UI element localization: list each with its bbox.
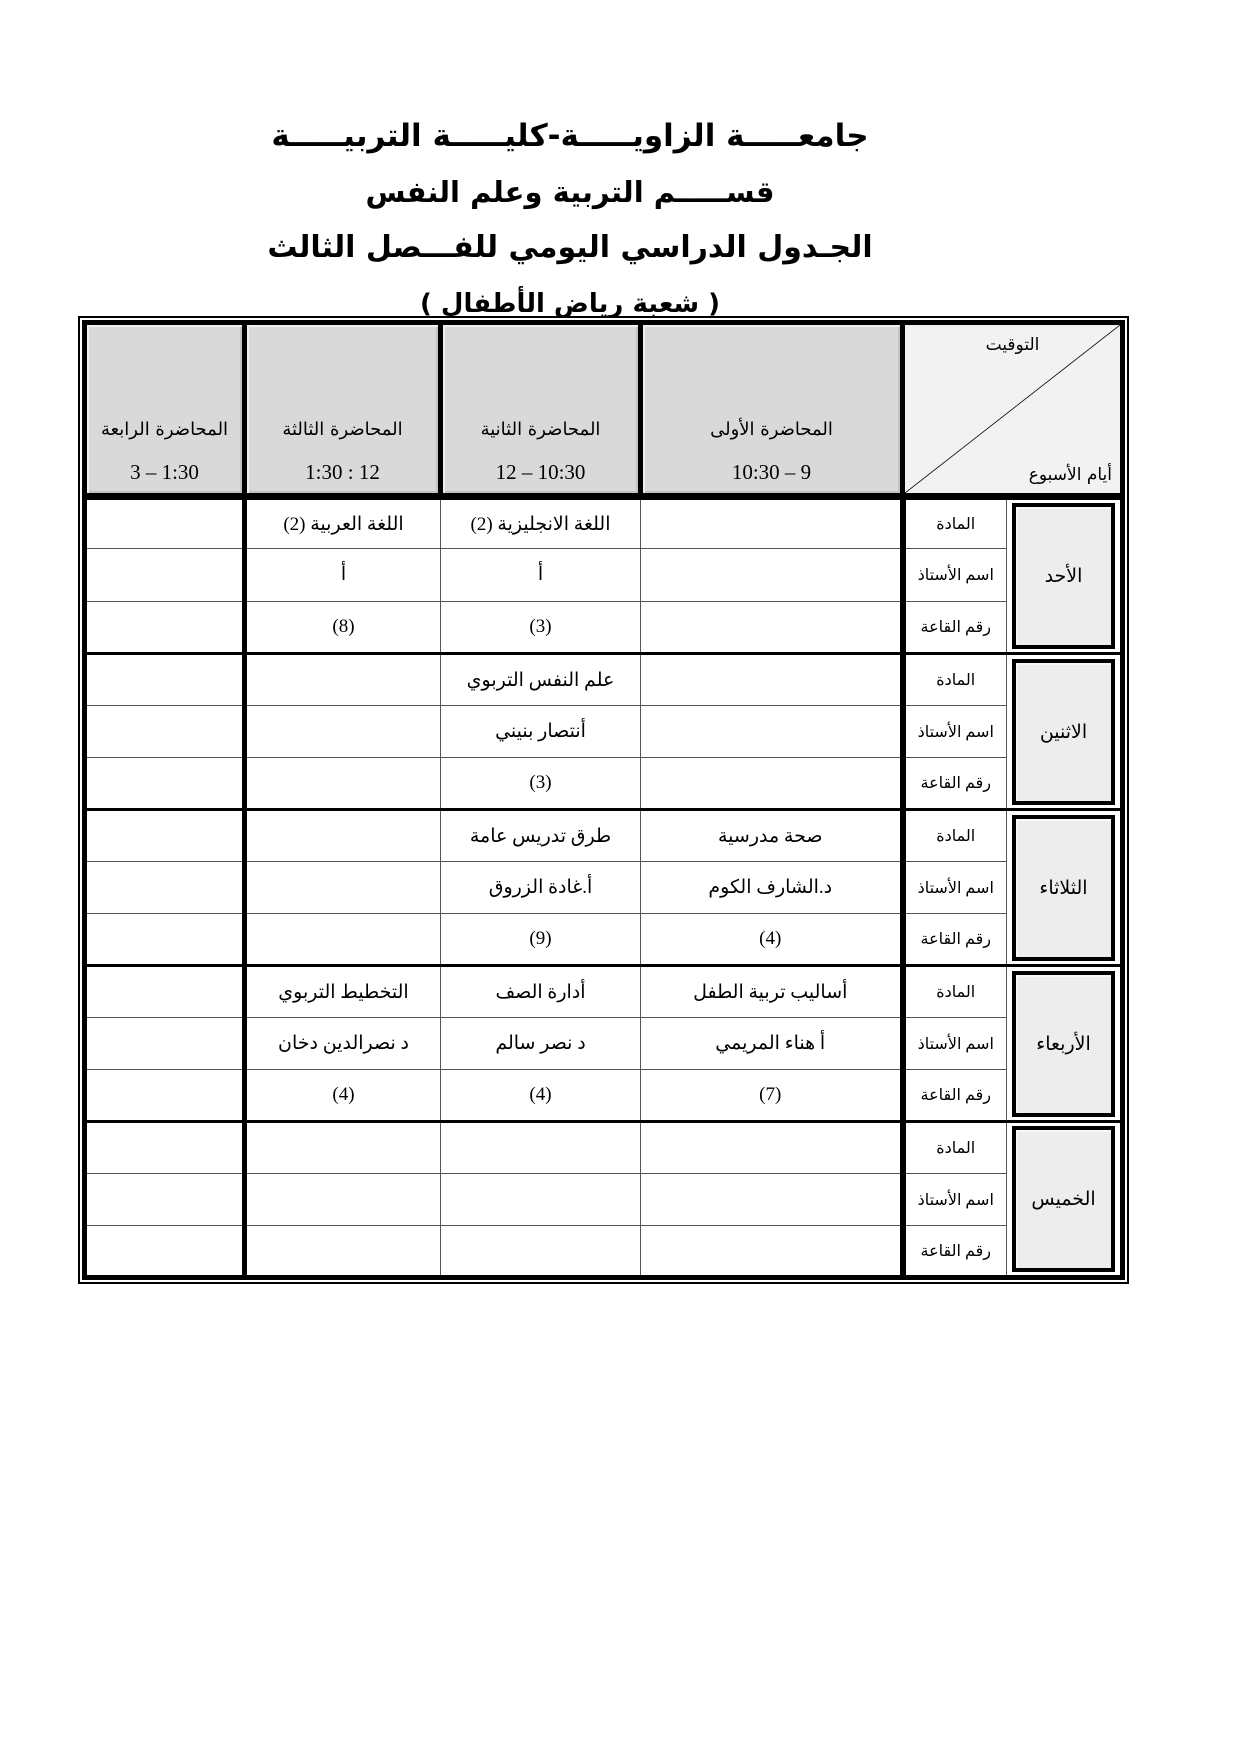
corner-cell: التوقيت أيام الأسبوع (903, 323, 1123, 497)
subject-cell: اللغة العربية (2) (245, 497, 441, 549)
day-label: الأحد (1045, 565, 1083, 587)
row-label-teacher: اسم الأستاذ (903, 1018, 1007, 1070)
room-cell: (9) (441, 914, 641, 966)
table-row: رقم القاعة (7) (4) (4) (85, 1070, 1123, 1122)
row-label-subject: المادة (903, 497, 1007, 549)
row-label-teacher: اسم الأستاذ (903, 862, 1007, 914)
header-row: التوقيت أيام الأسبوع المحاضرة الأولى 10:… (85, 323, 1123, 497)
lecture-1-time: 10:30 – 9 (732, 460, 811, 485)
subject-cell (441, 1122, 641, 1174)
schedule-table: التوقيت أيام الأسبوع المحاضرة الأولى 10:… (82, 320, 1125, 1280)
row-label-teacher: اسم الأستاذ (903, 549, 1007, 601)
lecture-header-1-inner: المحاضرة الأولى 10:30 – 9 (643, 325, 900, 493)
subject-cell (85, 810, 245, 862)
teacher-cell: د.الشارف الكوم (641, 862, 903, 914)
teacher-cell: أ.غادة الزروق (441, 862, 641, 914)
room-cell: (4) (245, 1070, 441, 1122)
teacher-cell: أ (441, 549, 641, 601)
lecture-2-name: المحاضرة الثانية (481, 419, 601, 440)
room-cell: (4) (441, 1070, 641, 1122)
room-cell (245, 758, 441, 810)
teacher-cell (85, 1018, 245, 1070)
table-row: اسم الأستاذ د.الشارف الكوم أ.غادة الزروق (85, 862, 1123, 914)
day-box: الأحد (1012, 503, 1115, 649)
subject-cell: أساليب تربية الطفل (641, 966, 903, 1018)
table-row: الاثنين المادة علم النفس التربوي (85, 654, 1123, 706)
day-cell-thursday: الخميس (1007, 1122, 1123, 1278)
subject-cell: طرق تدريس عامة (441, 810, 641, 862)
table-row: اسم الأستاذ (85, 1174, 1123, 1226)
teacher-cell: أ هناء المريمي (641, 1018, 903, 1070)
row-label-subject: المادة (903, 654, 1007, 706)
room-cell (641, 758, 903, 810)
day-box: الخميس (1012, 1126, 1115, 1272)
title-block: جامعـــــة الزاويـــــة-كليـــــة التربي… (70, 108, 1070, 332)
subject-cell (245, 654, 441, 706)
lecture-1-name: المحاضرة الأولى (710, 419, 833, 440)
table-row: اسم الأستاذ أنتصار بنيني (85, 706, 1123, 758)
room-cell (85, 914, 245, 966)
row-label-teacher: اسم الأستاذ (903, 706, 1007, 758)
day-cell-wednesday: الأربعاء (1007, 966, 1123, 1122)
title-university: جامعـــــة الزاويـــــة-كليـــــة التربي… (70, 108, 1070, 164)
lecture-header-3: المحاضرة الثالثة 1:30 : 12 (245, 323, 441, 497)
day-label: الخميس (1031, 1188, 1095, 1210)
subject-cell: اللغة الانجليزية (2) (441, 497, 641, 549)
table-row: رقم القاعة (85, 1226, 1123, 1278)
subject-cell: علم النفس التربوي (441, 654, 641, 706)
lecture-4-name: المحاضرة الرابعة (101, 419, 228, 440)
schedule-table-frame: التوقيت أيام الأسبوع المحاضرة الأولى 10:… (78, 316, 1129, 1284)
teacher-cell (85, 706, 245, 758)
lecture-header-3-inner: المحاضرة الثالثة 1:30 : 12 (247, 325, 438, 493)
table-row: رقم القاعة (3) (8) (85, 601, 1123, 653)
room-cell: (7) (641, 1070, 903, 1122)
teacher-cell: أنتصار بنيني (441, 706, 641, 758)
room-cell (245, 1226, 441, 1278)
page: جامعـــــة الزاويـــــة-كليـــــة التربي… (0, 0, 1241, 1754)
day-box: الثلاثاء (1012, 815, 1115, 961)
teacher-cell: د نصرالدين دخان (245, 1018, 441, 1070)
room-cell (85, 758, 245, 810)
teacher-cell: د نصر سالم (441, 1018, 641, 1070)
row-label-subject: المادة (903, 1122, 1007, 1174)
teacher-cell (641, 1174, 903, 1226)
teacher-cell (245, 706, 441, 758)
teacher-cell (245, 862, 441, 914)
table-row: الأربعاء المادة أساليب تربية الطفل أدارة… (85, 966, 1123, 1018)
lecture-header-2: المحاضرة الثانية 12 – 10:30 (441, 323, 641, 497)
room-cell: (8) (245, 601, 441, 653)
day-cell-tuesday: الثلاثاء (1007, 810, 1123, 966)
lecture-2-time: 12 – 10:30 (496, 460, 586, 485)
row-label-teacher: اسم الأستاذ (903, 1174, 1007, 1226)
room-cell (85, 601, 245, 653)
subject-cell: أدارة الصف (441, 966, 641, 1018)
row-label-room: رقم القاعة (903, 914, 1007, 966)
week-days-label: أيام الأسبوع (1029, 465, 1112, 485)
day-label: الثلاثاء (1039, 877, 1087, 899)
day-label: الأربعاء (1036, 1033, 1090, 1055)
lecture-3-name: المحاضرة الثالثة (282, 419, 402, 440)
day-cell-monday: الاثنين (1007, 654, 1123, 810)
lecture-header-1: المحاضرة الأولى 10:30 – 9 (641, 323, 903, 497)
teacher-cell (441, 1174, 641, 1226)
room-cell: (3) (441, 601, 641, 653)
room-cell (245, 914, 441, 966)
day-box: الاثنين (1012, 659, 1115, 805)
subject-cell (85, 654, 245, 706)
row-label-room: رقم القاعة (903, 1226, 1007, 1278)
lecture-4-time: 3 – 1:30 (130, 460, 199, 485)
teacher-cell (245, 1174, 441, 1226)
corner-inner: التوقيت أيام الأسبوع (905, 325, 1120, 493)
day-label: الاثنين (1040, 721, 1087, 743)
table-row: اسم الأستاذ أ هناء المريمي د نصر سالم د … (85, 1018, 1123, 1070)
subject-cell (85, 966, 245, 1018)
room-cell (85, 1226, 245, 1278)
table-row: رقم القاعة (3) (85, 758, 1123, 810)
room-cell: (3) (441, 758, 641, 810)
teacher-cell: أ (245, 549, 441, 601)
subject-cell (641, 1122, 903, 1174)
row-label-subject: المادة (903, 810, 1007, 862)
subject-cell (641, 654, 903, 706)
day-cell-sunday: الأحد (1007, 497, 1123, 654)
teacher-cell (641, 549, 903, 601)
row-label-room: رقم القاعة (903, 1070, 1007, 1122)
teacher-cell (85, 549, 245, 601)
subject-cell (85, 1122, 245, 1174)
room-cell (641, 1226, 903, 1278)
room-cell (85, 1070, 245, 1122)
room-cell (641, 601, 903, 653)
lecture-3-time: 1:30 : 12 (305, 460, 380, 485)
table-row: الأحد المادة اللغة الانجليزية (2) اللغة … (85, 497, 1123, 549)
lecture-header-4-inner: المحاضرة الرابعة 3 – 1:30 (87, 325, 242, 493)
room-cell (441, 1226, 641, 1278)
title-schedule: الجـدول الدراسي اليومي للفـــصل الثالث (70, 220, 1070, 276)
timing-label: التوقيت (905, 335, 1120, 355)
lecture-header-2-inner: المحاضرة الثانية 12 – 10:30 (443, 325, 638, 493)
teacher-cell (85, 1174, 245, 1226)
subject-cell (245, 1122, 441, 1174)
table-row: الثلاثاء المادة صحة مدرسية طرق تدريس عام… (85, 810, 1123, 862)
row-label-room: رقم القاعة (903, 601, 1007, 653)
subject-cell: التخطيط التربوي (245, 966, 441, 1018)
row-label-room: رقم القاعة (903, 758, 1007, 810)
subject-cell (641, 497, 903, 549)
row-label-subject: المادة (903, 966, 1007, 1018)
subject-cell (245, 810, 441, 862)
subject-cell: صحة مدرسية (641, 810, 903, 862)
lecture-header-4: المحاضرة الرابعة 3 – 1:30 (85, 323, 245, 497)
teacher-cell (85, 862, 245, 914)
room-cell: (4) (641, 914, 903, 966)
table-row: الخميس المادة (85, 1122, 1123, 1174)
subject-cell (85, 497, 245, 549)
day-box: الأربعاء (1012, 971, 1115, 1117)
table-row: اسم الأستاذ أ أ (85, 549, 1123, 601)
teacher-cell (641, 706, 903, 758)
table-row: رقم القاعة (4) (9) (85, 914, 1123, 966)
title-department: قســـــم التربية وعلم النفس (70, 164, 1070, 220)
